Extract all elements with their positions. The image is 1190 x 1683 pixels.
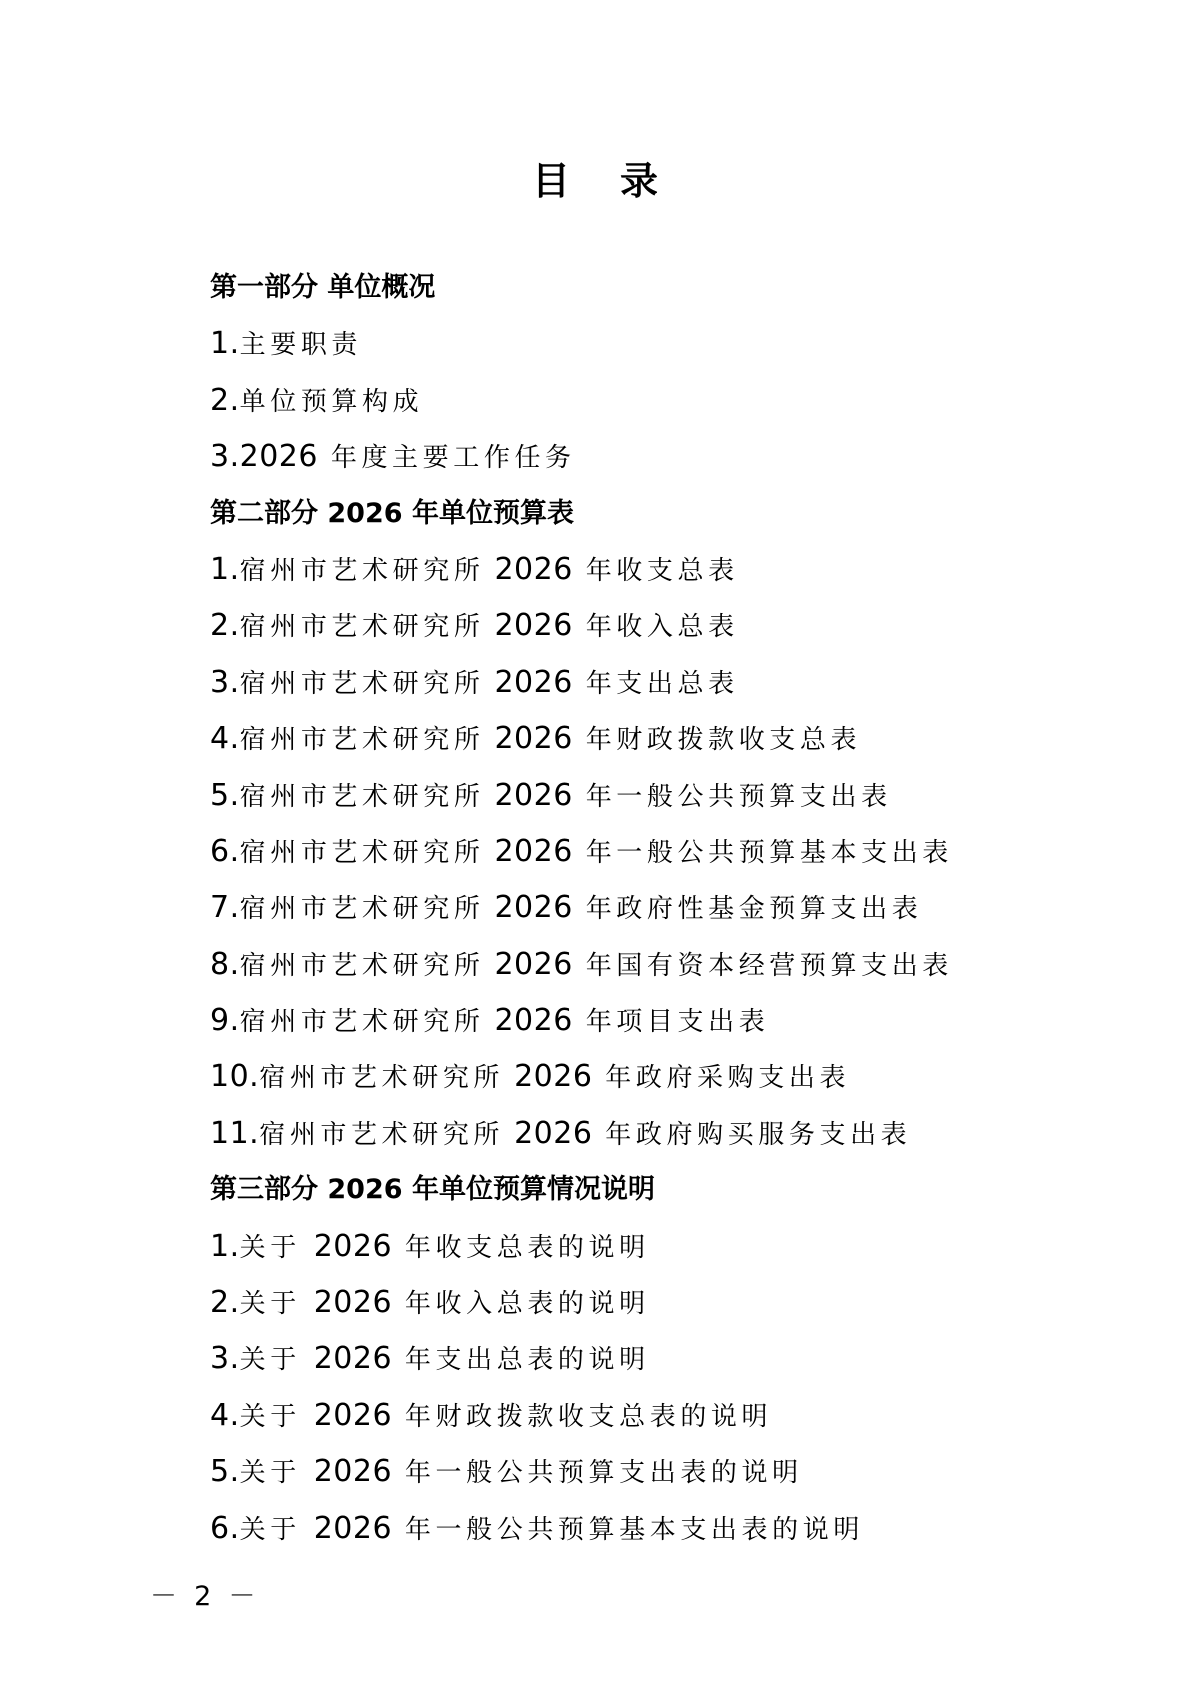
toc-entry[interactable]: 4.关于 2026 年财政拨款收支总表的说明 [210,1396,953,1452]
toc-entry-num: 1. [210,1229,240,1264]
toc-entry-pre: 关于 [240,1515,314,1545]
toc-entry-text: 年政府采购支出表 [592,1063,850,1093]
toc-entry-text: 年政府性基金预算支出表 [573,894,922,924]
toc-entry-pre: 宿州市艺术研究所 [240,838,485,868]
toc-entry-text: 年财政拨款收支总表 [573,725,861,755]
toc-entry-pre: 宿州市艺术研究所 [259,1120,504,1150]
toc-entry-text: 年收入总表 [573,612,739,642]
toc-entry-text: 年一般公共预算基本支出表的说明 [392,1515,864,1545]
toc-entry[interactable]: 10.宿州市艺术研究所 2026 年政府采购支出表 [210,1057,953,1113]
toc-entry-pre: 宿州市艺术研究所 [240,951,485,981]
toc-entry-yr: 2026 [504,1116,592,1151]
toc-entry-text: 年收入总表的说明 [392,1289,650,1319]
toc-entry[interactable]: 1.宿州市艺术研究所 2026 年收支总表 [210,550,953,606]
toc-entry[interactable]: 4.宿州市艺术研究所 2026 年财政拨款收支总表 [210,719,953,775]
toc-entry[interactable]: 6.关于 2026 年一般公共预算基本支出表的说明 [210,1509,953,1565]
toc-entry-num: 9. [210,1003,240,1038]
toc-entry-yr: 2026 [484,665,572,700]
toc-entry[interactable]: 3.宿州市艺术研究所 2026 年支出总表 [210,663,953,719]
toc-entry[interactable]: 11.宿州市艺术研究所 2026 年政府购买服务支出表 [210,1114,953,1170]
toc-entry-yr: 2026 [484,947,572,982]
toc-entry-yr: 2026 [314,1229,392,1264]
toc-entry-num: 5. [210,778,240,813]
toc-entry-num: 1. [210,326,240,361]
toc-entry-yr: 2026 [314,1341,392,1376]
toc-entry-yr: 2026 [314,1398,392,1433]
toc-entry-pre: 关于 [240,1402,314,1432]
toc-entry[interactable]: 7.宿州市艺术研究所 2026 年政府性基金预算支出表 [210,888,953,944]
toc-entry-pre: 宿州市艺术研究所 [240,894,485,924]
toc-section-heading[interactable]: 第三部分 2026 年单位预算情况说明 [210,1170,953,1226]
toc-entry-text: 年支出总表的说明 [392,1345,650,1375]
toc-entry-num: 10. [210,1059,259,1094]
toc-entry-num: 7. [210,890,240,925]
toc-entry-text: 年收支总表 [573,556,739,586]
toc-entry-text: 主要职责 [240,330,362,360]
toc-entry[interactable]: 9.宿州市艺术研究所 2026 年项目支出表 [210,1001,953,1057]
page-title: 目录 [0,150,1190,205]
toc-entry-yr: 2026 [484,778,572,813]
toc-entry-pre: 宿州市艺术研究所 [240,556,485,586]
toc-entry-yr: 2026 [240,439,318,474]
toc-entry-num: 5. [210,1454,240,1489]
toc-entry-text: 年国有资本经营预算支出表 [573,951,953,981]
toc-entry-pre: 宿州市艺术研究所 [259,1063,504,1093]
toc-entry-num: 2. [210,383,240,418]
toc-entry-text: 年度主要工作任务 [318,443,576,473]
toc-entry-yr: 2026 [484,890,572,925]
toc-entry-num: 4. [210,1398,240,1433]
toc-section-heading[interactable]: 第二部分 2026 年单位预算表 [210,494,953,550]
toc-entry-text: 年一般公共预算基本支出表 [573,838,953,868]
toc-entry-num: 2. [210,608,240,643]
toc-entry-num: 3. [210,665,240,700]
toc-entry[interactable]: 1.主要职责 [210,324,953,380]
toc-entry[interactable]: 2.关于 2026 年收入总表的说明 [210,1283,953,1339]
toc-entry[interactable]: 3.2026 年度主要工作任务 [210,437,953,493]
toc-entry-text: 年项目支出表 [573,1007,769,1037]
toc-entry-num: 1. [210,552,240,587]
toc-entry-num: 8. [210,947,240,982]
toc-entry-num: 2. [210,1285,240,1320]
toc-entry-text: 年一般公共预算支出表的说明 [392,1458,803,1488]
toc-entry[interactable]: 8.宿州市艺术研究所 2026 年国有资本经营预算支出表 [210,945,953,1001]
toc-entry-text: 年支出总表 [573,669,739,699]
toc-entry-text: 年财政拨款收支总表的说明 [392,1402,772,1432]
toc-entry-yr: 2026 [314,1511,392,1546]
toc-entry-text: 年政府购买服务支出表 [592,1120,911,1150]
toc-entry-yr: 2026 [484,552,572,587]
toc-entry-text: 单位预算构成 [240,387,424,417]
toc-entry-num: 3. [210,1341,240,1376]
toc-entry-yr: 2026 [314,1454,392,1489]
toc-entry-yr: 2026 [504,1059,592,1094]
toc-entry[interactable]: 5.宿州市艺术研究所 2026 年一般公共预算支出表 [210,776,953,832]
toc-entry-yr: 2026 [484,608,572,643]
toc-entry[interactable]: 5.关于 2026 年一般公共预算支出表的说明 [210,1452,953,1508]
title-char-2: 录 [620,150,658,205]
toc-entry-text: 年收支总表的说明 [392,1233,650,1263]
toc-entry-yr: 2026 [484,1003,572,1038]
toc-entry[interactable]: 2.宿州市艺术研究所 2026 年收入总表 [210,606,953,662]
toc-entry-pre: 关于 [240,1289,314,1319]
toc-entry-pre: 宿州市艺术研究所 [240,612,485,642]
toc-entry-pre: 宿州市艺术研究所 [240,1007,485,1037]
toc-entry[interactable]: 1.关于 2026 年收支总表的说明 [210,1227,953,1283]
toc-entry-pre: 宿州市艺术研究所 [240,725,485,755]
toc-section-heading[interactable]: 第一部分 单位概况 [210,268,953,324]
toc-entry-num: 6. [210,1511,240,1546]
page-number: － 2 － [150,1574,256,1613]
toc-entry-pre: 宿州市艺术研究所 [240,782,485,812]
title-char-1: 目 [532,150,570,205]
table-of-contents: 第一部分 单位概况1.主要职责2.单位预算构成3.2026 年度主要工作任务第二… [210,268,953,1565]
toc-entry-yr: 2026 [484,721,572,756]
toc-entry-pre: 关于 [240,1345,314,1375]
toc-entry[interactable]: 3.关于 2026 年支出总表的说明 [210,1339,953,1395]
toc-entry-pre: 宿州市艺术研究所 [240,669,485,699]
toc-entry-text: 年一般公共预算支出表 [573,782,892,812]
toc-entry-num: 3. [210,439,240,474]
toc-entry-yr: 2026 [484,834,572,869]
toc-entry[interactable]: 2.单位预算构成 [210,381,953,437]
toc-entry-num: 11. [210,1116,259,1151]
toc-entry-yr: 2026 [314,1285,392,1320]
toc-entry-num: 6. [210,834,240,869]
toc-entry-num: 4. [210,721,240,756]
toc-entry[interactable]: 6.宿州市艺术研究所 2026 年一般公共预算基本支出表 [210,832,953,888]
toc-entry-pre: 关于 [240,1233,314,1263]
toc-entry-pre: 关于 [240,1458,314,1488]
